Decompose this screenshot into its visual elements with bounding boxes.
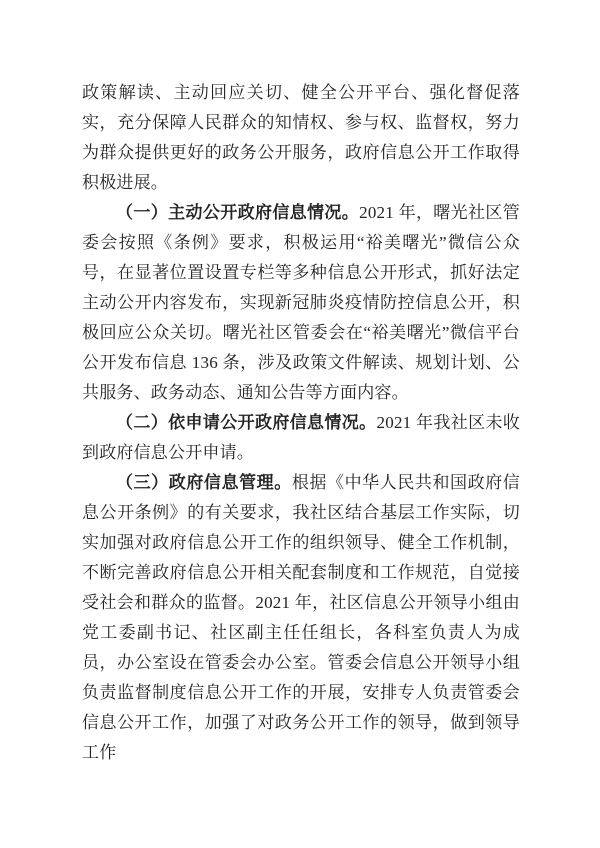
- section-heading: （二）依申请公开政府信息情况。: [116, 413, 377, 432]
- paragraph-text: 2021 年，曙光社区管委会按照《条例》要求，积极运用“裕美曙光”微信公众号，在…: [82, 203, 520, 402]
- paragraph: 政策解读、主动回应关切、健全公开平台、强化督促落实，充分保障人民群众的知情权、参…: [82, 78, 520, 198]
- document-body: 政策解读、主动回应关切、健全公开平台、强化督促落实，充分保障人民群众的知情权、参…: [82, 78, 520, 768]
- section-heading: （三）政府信息管理。: [116, 473, 292, 492]
- paragraph: （一）主动公开政府信息情况。2021 年，曙光社区管委会按照《条例》要求，积极运…: [82, 198, 520, 408]
- section-heading: （一）主动公开政府信息情况。: [116, 203, 359, 222]
- document-page: 政策解读、主动回应关切、健全公开平台、强化督促落实，充分保障人民群众的知情权、参…: [0, 0, 600, 848]
- paragraph: （三）政府信息管理。根据《中华人民共和国政府信息公开条例》的有关要求，我社区结合…: [82, 468, 520, 768]
- paragraph-text: 政策解读、主动回应关切、健全公开平台、强化督促落实，充分保障人民群众的知情权、参…: [82, 83, 520, 192]
- paragraph-text: 根据《中华人民共和国政府信息公开条例》的有关要求，我社区结合基层工作实际，切实加…: [82, 473, 520, 762]
- paragraph: （二）依申请公开政府信息情况。2021 年我社区未收到政府信息公开申请。: [82, 408, 520, 468]
